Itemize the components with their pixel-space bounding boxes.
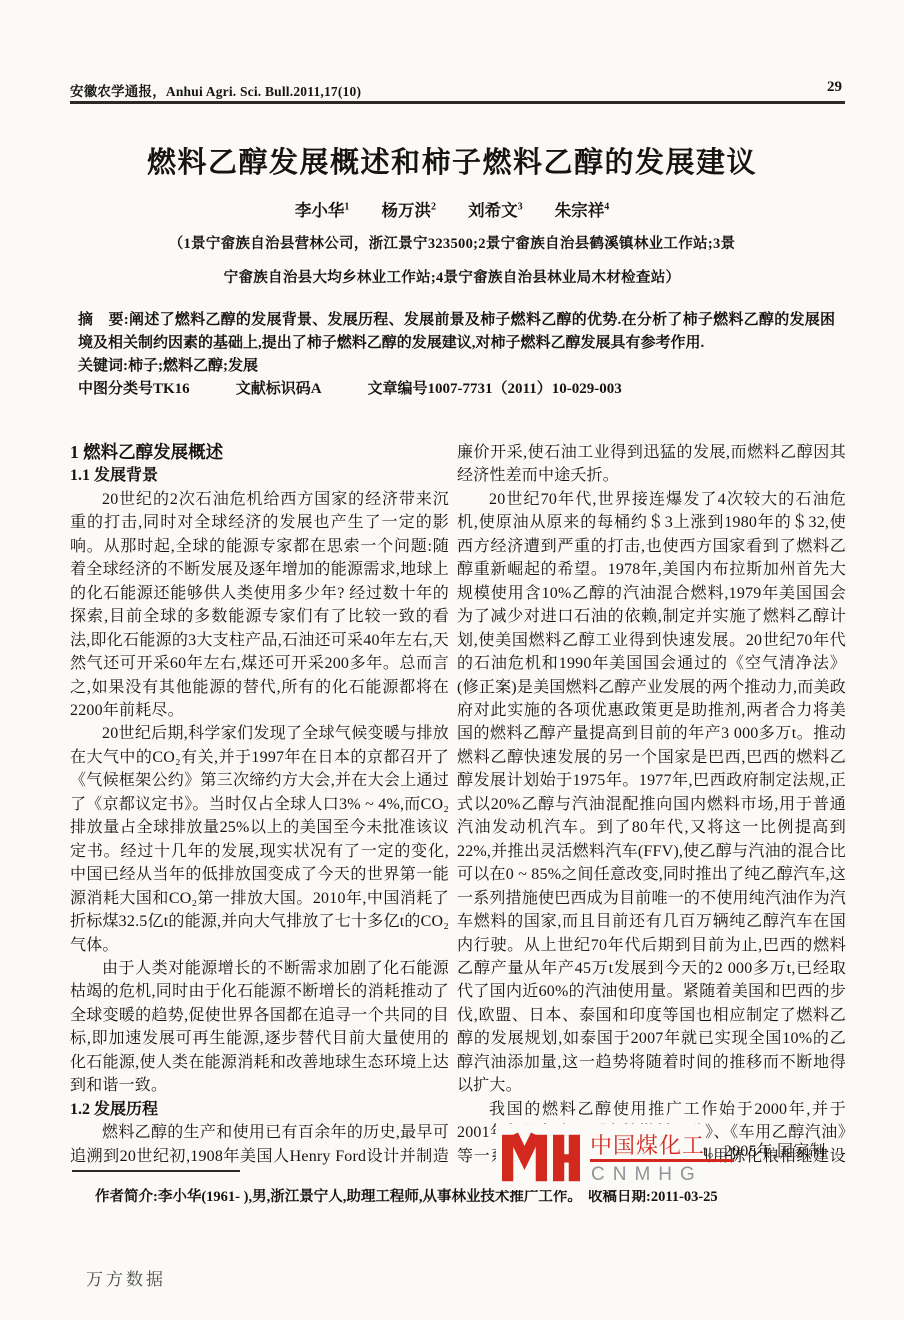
header-rule bbox=[70, 101, 845, 104]
author-1-sup: 1 bbox=[344, 202, 349, 213]
right-column: 廉价开采,使石油工业得到迅猛的发展,而燃料乙醇因其经济性差而中途夭折。 20世纪… bbox=[457, 441, 846, 1169]
author-4: 朱宗祥4 bbox=[555, 201, 610, 220]
abstract-label: 摘 要: bbox=[78, 312, 129, 328]
author-4-name: 朱宗祥 bbox=[555, 201, 605, 220]
author-3: 刘希文3 bbox=[468, 201, 523, 220]
cnmhg-watermark: 中国煤化工 CNMHG bbox=[496, 1124, 706, 1190]
author-2: 杨万洪2 bbox=[381, 201, 436, 220]
wanfang-data-mark: 万方数据 bbox=[86, 1265, 166, 1290]
left-column: 1 燃料乙醇发展概述 1.1 发展背景 20世纪的2次石油危机给西方国家的经济带… bbox=[70, 441, 449, 1169]
obscured-line-tail: t。2005年,国家制 bbox=[703, 1138, 826, 1161]
author-1-name: 李小华 bbox=[295, 201, 345, 220]
paragraph-continuation: 廉价开采,使石油工业得到迅猛的发展,而燃料乙醇因其经济性差而中途夭折。 bbox=[457, 441, 846, 488]
affiliation-line-2: 宁畲族自治县大均乡林业工作站;4景宁畲族自治县林业局木材检查站） bbox=[0, 266, 904, 287]
paragraph: 20世纪70年代,世界接连爆发了4次较大的石油危机,使原油从原来的每桶约＄3上涨… bbox=[457, 488, 846, 1098]
abstract-text: 阐述了燃料乙醇的发展背景、发展历程、发展前景及柿子燃料乙醇的优势.在分析了柿子燃… bbox=[78, 312, 835, 351]
classification-line: 中图分类号TK16文献标识码A文章编号1007-7731（2011）10-029… bbox=[78, 378, 835, 401]
paragraph: 燃料乙醇的生产和使用已有百余年的历史,最早可追溯到20世纪初,1908年美国人H… bbox=[70, 1121, 449, 1169]
page-number: 29 bbox=[827, 79, 842, 96]
clc-number: 中图分类号TK16 bbox=[78, 381, 190, 397]
abstract-block: 摘 要:阐述了燃料乙醇的发展背景、发展历程、发展前景及柿子燃料乙醇的优势.在分析… bbox=[78, 309, 835, 401]
article-title: 燃料乙醇发展概述和柿子燃料乙醇的发展建议 bbox=[0, 140, 904, 181]
article-number: 文章编号1007-7731（2011）10-029-003 bbox=[368, 381, 622, 397]
abstract-paragraph: 摘 要:阐述了燃料乙醇的发展背景、发展历程、发展前景及柿子燃料乙醇的优势.在分析… bbox=[78, 309, 835, 355]
author-3-sup: 3 bbox=[518, 202, 523, 213]
keywords-text: 柿子;燃料乙醇;发展 bbox=[128, 358, 258, 374]
affiliation-line-1: （1景宁畲族自治县营林公司，浙江景宁323500;2景宁畲族自治县鹤溪镇林业工作… bbox=[0, 232, 904, 253]
paragraph: 20世纪的2次石油危机给西方国家的经济带来沉重的打击,同时对全球经济的发展也产生… bbox=[70, 488, 449, 723]
paragraph: 20世纪后期,科学家们发现了全球气候变暖与排放在大气中的CO₂有关,并于1997… bbox=[70, 722, 449, 957]
keywords-label: 关键词: bbox=[78, 358, 128, 374]
paper-page: 安徽农学通报，Anhui Agri. Sci. Bull.2011,17(10)… bbox=[0, 0, 904, 1320]
journal-header: 安徽农学通报，Anhui Agri. Sci. Bull.2011,17(10) bbox=[70, 80, 361, 100]
author-1: 李小华1 bbox=[295, 201, 350, 220]
document-code: 文献标识码A bbox=[236, 381, 322, 397]
section-heading-1: 1 燃料乙醇发展概述 bbox=[70, 441, 449, 464]
author-2-sup: 2 bbox=[431, 202, 436, 213]
watermark-chinese-text: 中国煤化工 bbox=[590, 1129, 705, 1160]
authors-line: 李小华1 杨万洪2 刘希文3 朱宗祥4 bbox=[0, 197, 904, 221]
keywords-line: 关键词:柿子;燃料乙醇;发展 bbox=[78, 355, 835, 378]
author-3-name: 刘希文 bbox=[468, 201, 518, 220]
author-2-name: 杨万洪 bbox=[381, 201, 431, 220]
subsection-heading-1-1: 1.1 发展背景 bbox=[70, 464, 449, 487]
cnmhg-logo-icon bbox=[502, 1130, 580, 1186]
watermark-latin-text: CNMHG bbox=[591, 1164, 703, 1186]
paragraph: 由于人类对能源增长的不断需求加剧了化石能源枯竭的危机,同时由于化石能源不断增长的… bbox=[70, 957, 449, 1098]
author-4-sup: 4 bbox=[604, 202, 609, 213]
footnote-rule bbox=[72, 1170, 240, 1172]
subsection-heading-1-2: 1.2 发展历程 bbox=[70, 1098, 449, 1121]
